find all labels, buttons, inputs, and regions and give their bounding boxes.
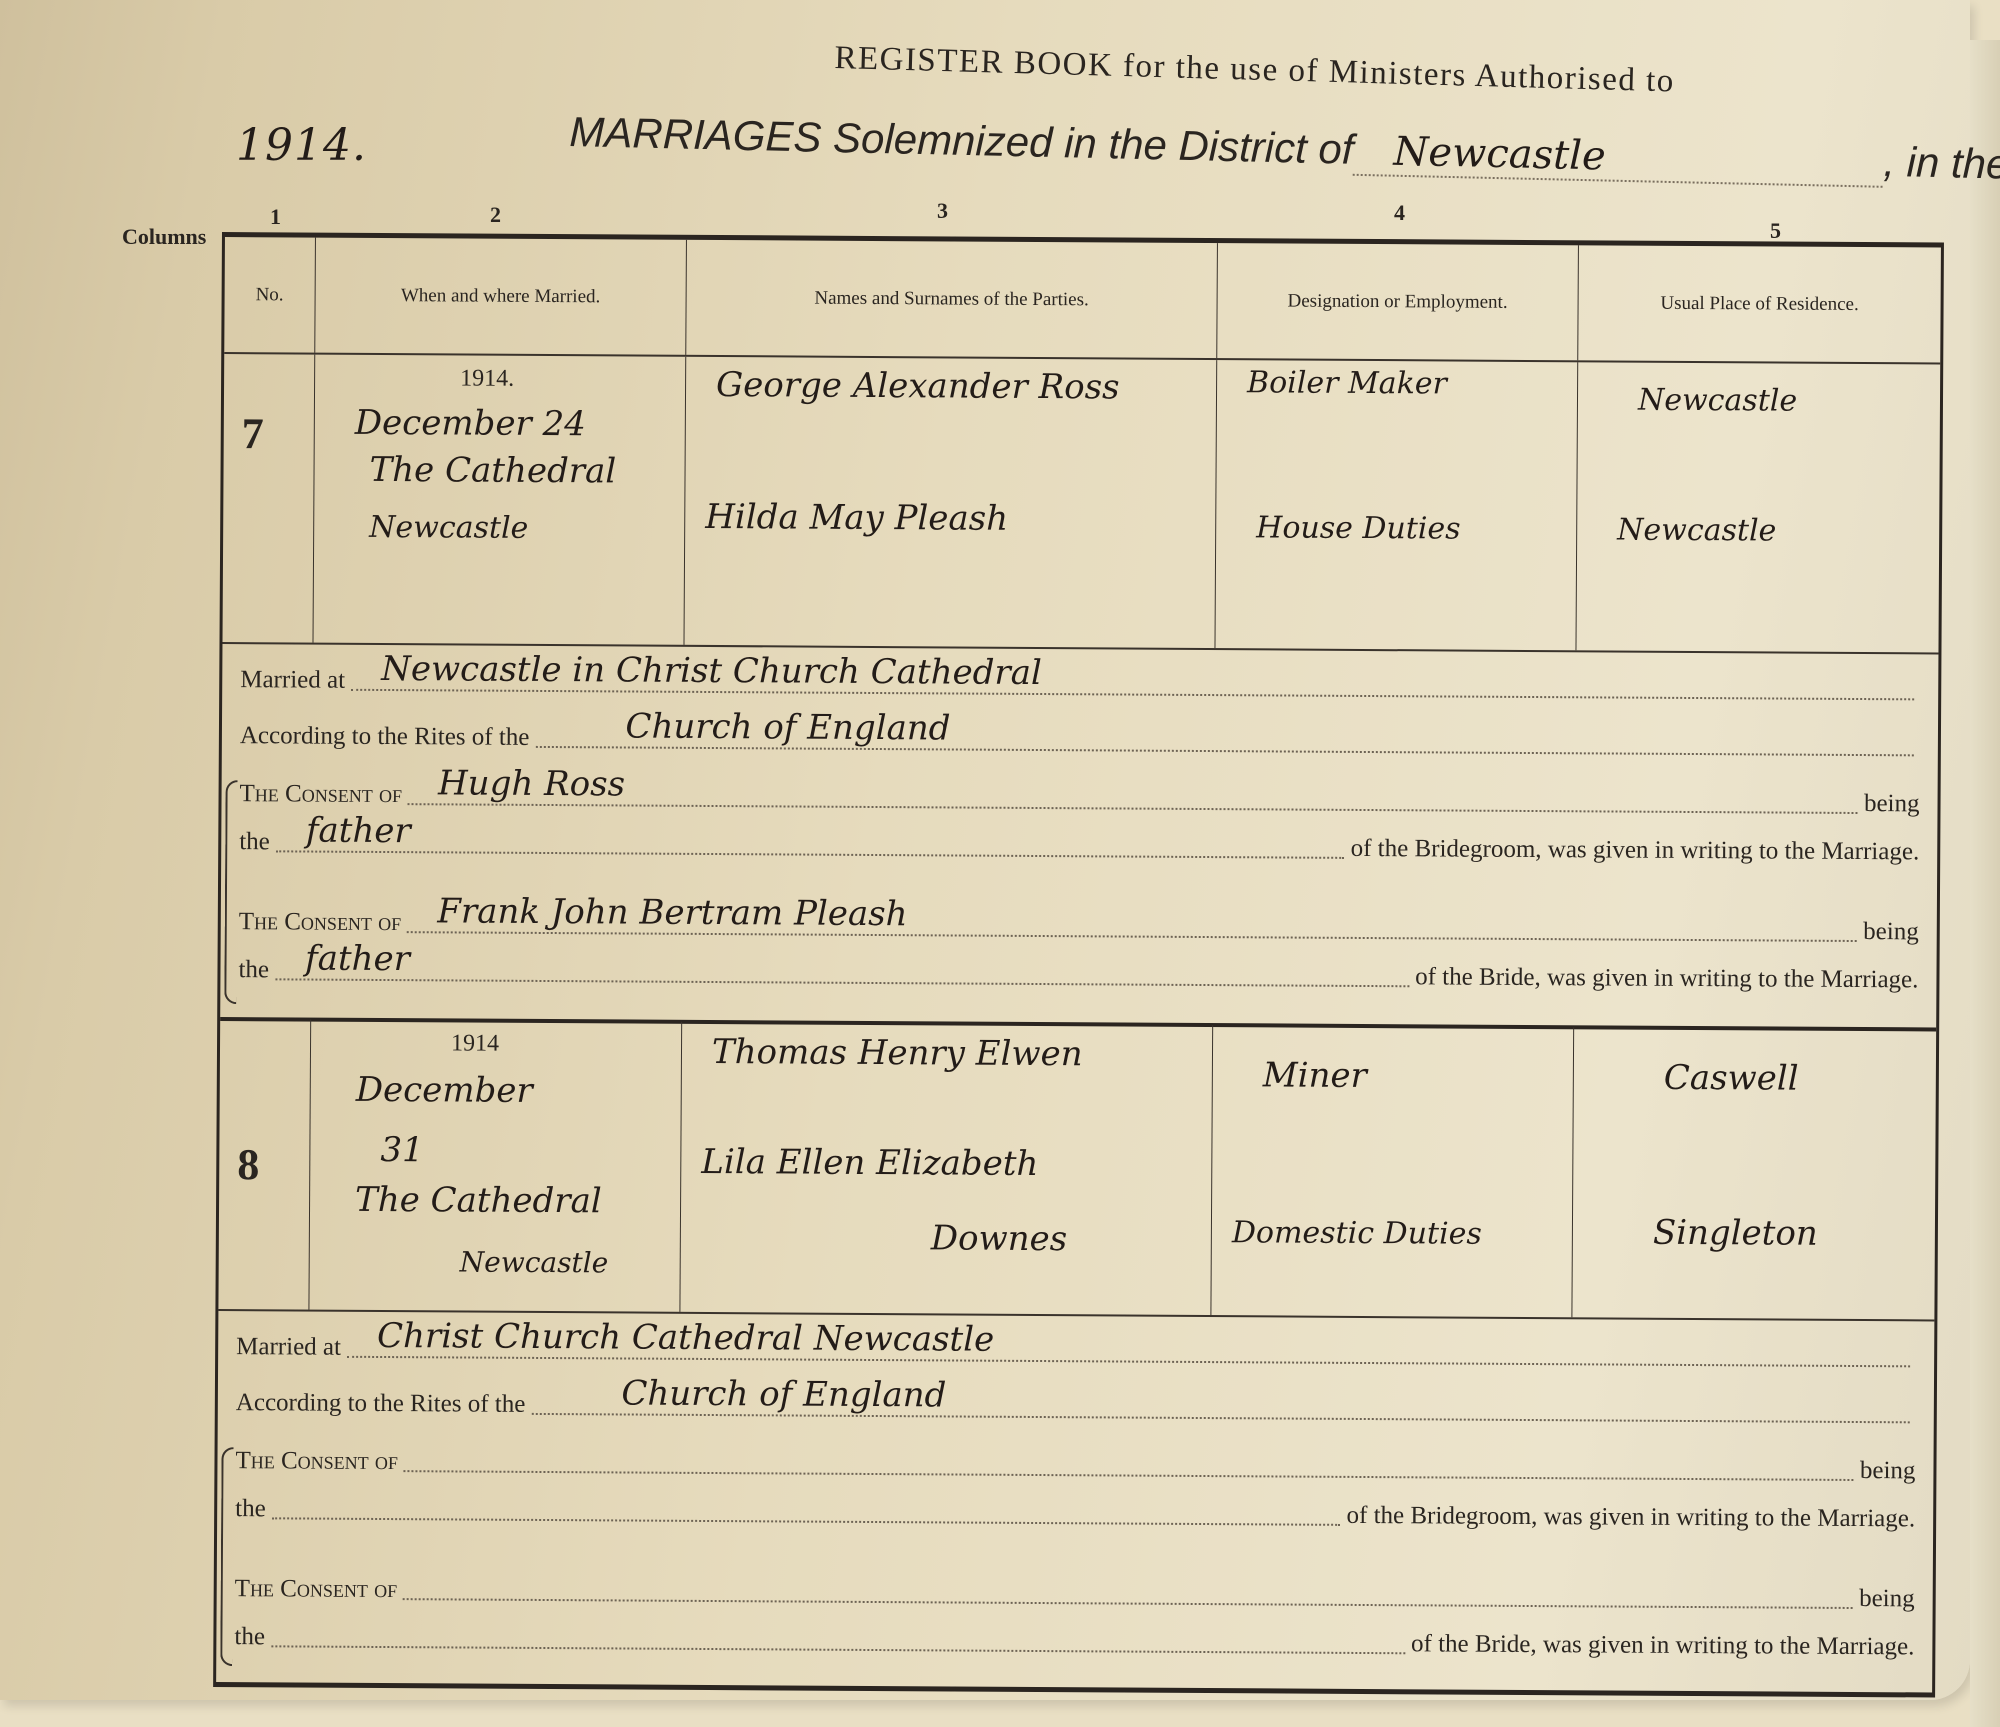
bride-consent-text: of the Bride, was given in writing to th… — [1411, 1630, 1915, 1665]
handwritten-year: 1914. — [236, 120, 367, 171]
entry-8-no-cell: 8 — [218, 1019, 311, 1310]
column-headers: No. When and where Married. Names and Su… — [224, 237, 1941, 364]
bride-relation-field: father — [275, 938, 1409, 987]
header-when-where: When and where Married. — [315, 238, 687, 355]
rites-line: According to the Rites of the Church of … — [240, 708, 1920, 764]
married-at-field: Christ Church Cathedral Newcastle — [347, 1316, 1910, 1368]
married-at-field: Newcastle in Christ Church Cathedral — [351, 649, 1914, 701]
bride-name: Lila Ellen Elizabeth — [701, 1142, 1038, 1184]
bride-residence: Singleton — [1653, 1213, 1818, 1254]
consent-brace — [220, 1447, 233, 1666]
header-names: Names and Surnames of the Parties. — [686, 240, 1218, 358]
married-at-label: Married at — [236, 1333, 341, 1366]
entry-7-row: 7 1914. December 24 The Cathedral Newcas… — [222, 354, 1940, 654]
married-at-label: Married at — [240, 666, 345, 699]
groom-employment: Boiler Maker — [1247, 365, 1447, 401]
marriage-town: Newcastle — [369, 510, 528, 546]
rites-field: Church of England — [535, 706, 1914, 756]
bride-surname: Downes — [931, 1218, 1068, 1259]
bride-consent-field — [403, 1558, 1853, 1609]
marriage-date: December 24 — [355, 403, 586, 444]
columns-label: Columns — [122, 224, 206, 250]
entry-8-employment: Miner Domestic Duties — [1211, 1025, 1574, 1317]
being-label: being — [1863, 918, 1919, 950]
groom-relation-line: the of the Bridegroom, was given in writ… — [235, 1481, 1915, 1537]
column-number-5: 5 — [1770, 218, 1781, 244]
groom-name: Thomas Henry Elwen — [712, 1032, 1083, 1074]
bride-employment: House Duties — [1256, 510, 1461, 546]
entry-number: 7 — [242, 408, 264, 459]
married-at-line: Married at Christ Church Cathedral Newca… — [236, 1319, 1916, 1375]
in-the-suffix: , in the — [1883, 138, 2000, 188]
header-no: No. — [224, 237, 316, 353]
consent-of-label: The Consent of — [239, 908, 402, 941]
entry-7-employment: Boiler Maker House Duties — [1215, 360, 1578, 650]
being-label: being — [1864, 790, 1920, 822]
groom-relation-field: father — [276, 810, 1345, 859]
bride-consent-name: Frank John Bertram Pleash — [437, 891, 907, 934]
entry-7-details: Married at Newcastle in Christ Church Ca… — [220, 642, 1938, 1031]
groom-employment: Miner — [1263, 1055, 1367, 1096]
rites-label: According to the Rites of the — [240, 722, 530, 756]
being-label: being — [1860, 1457, 1916, 1489]
bridegroom-consent-text: of the Bridegroom, was given in writing … — [1351, 835, 1920, 870]
header-residence: Usual Place of Residence. — [1578, 245, 1941, 362]
entry-7-no-cell: 7 — [222, 354, 315, 643]
groom-relation-line: the father of the Bridegroom, was given … — [239, 814, 1919, 870]
entry-8-residence: Caswell Singleton — [1572, 1027, 1936, 1319]
groom-consent-field: Hugh Ross — [408, 763, 1858, 814]
groom-consent-relation: father — [306, 811, 411, 852]
bride-relation-field — [271, 1605, 1405, 1654]
entry-7-residence: Newcastle Newcastle — [1576, 362, 1940, 652]
groom-residence: Caswell — [1664, 1058, 1799, 1099]
married-at-value: Christ Church Cathedral Newcastle — [377, 1316, 994, 1360]
bride-employment: Domestic Duties — [1232, 1215, 1482, 1252]
entry-7-names: George Alexander Ross Hilda May Pleash — [684, 357, 1217, 648]
page-edge — [1970, 40, 2000, 1727]
marriage-day: 31 — [380, 1130, 424, 1170]
rites-value: Church of England — [621, 1373, 946, 1415]
printed-year: 1914. — [460, 365, 514, 392]
the-label: the — [235, 1495, 266, 1527]
married-at-line: Married at Newcastle in Christ Church Ca… — [240, 652, 1920, 708]
the-label: the — [238, 956, 269, 988]
rites-label: According to the Rites of the — [236, 1389, 526, 1423]
bridegroom-consent-text: of the Bridegroom, was given in writing … — [1346, 1502, 1915, 1537]
entry-8-when-where: 1914 December 31 The Cathedral Newcastle — [309, 1020, 682, 1312]
register-table: No. When and where Married. Names and Su… — [213, 232, 1944, 1697]
marriage-venue: The Cathedral — [369, 450, 616, 492]
marriage-venue: The Cathedral — [355, 1180, 602, 1222]
being-label: being — [1859, 1585, 1915, 1617]
groom-relation-field — [272, 1477, 1341, 1526]
rites-line: According to the Rites of the Church of … — [236, 1375, 1916, 1431]
column-number-3: 3 — [937, 198, 948, 224]
rites-value: Church of England — [625, 706, 950, 748]
entry-number: 8 — [237, 1139, 259, 1190]
groom-name: George Alexander Ross — [716, 365, 1120, 407]
entry-7-when-where: 1914. December 24 The Cathedral Newcastl… — [313, 355, 686, 645]
column-number-4: 4 — [1394, 200, 1405, 226]
bride-name: Hilda May Pleash — [705, 497, 1008, 539]
printed-year: 1914 — [451, 1030, 499, 1057]
groom-consent-field — [404, 1430, 1854, 1481]
bride-consent-text: of the Bride, was given in writing to th… — [1415, 963, 1919, 998]
marriage-town: Newcastle — [460, 1245, 609, 1279]
rites-field: Church of England — [531, 1373, 1910, 1423]
consent-of-label: The Consent of — [239, 780, 402, 813]
header-employment: Designation or Employment. — [1217, 243, 1579, 360]
consent-of-label: The Consent of — [235, 1575, 398, 1608]
entry-8-names: Thomas Henry Elwen Lila Ellen Elizabeth … — [680, 1022, 1213, 1315]
consent-brace — [224, 780, 237, 1004]
column-number-2: 2 — [490, 202, 501, 228]
the-label: the — [234, 1623, 265, 1655]
groom-residence: Newcastle — [1638, 383, 1797, 419]
the-label: the — [239, 828, 270, 860]
bride-relation-line: the father of the Bride, was given in wr… — [238, 942, 1918, 998]
bride-consent-relation: father — [305, 939, 410, 980]
entry-8-row: 8 1914 December 31 The Cathedral Newcast… — [218, 1019, 1936, 1321]
bride-consent-field: Frank John Bertram Pleash — [407, 891, 1857, 942]
married-at-value: Newcastle in Christ Church Cathedral — [381, 649, 1042, 693]
column-number-1: 1 — [270, 204, 281, 230]
entry-8-details: Married at Christ Church Cathedral Newca… — [216, 1309, 1934, 1687]
consent-of-label: The Consent of — [235, 1447, 398, 1480]
groom-consent-name: Hugh Ross — [438, 763, 625, 804]
marriage-month: December — [356, 1070, 533, 1111]
bride-residence: Newcastle — [1617, 513, 1776, 549]
bride-relation-line: the of the Bride, was given in writing t… — [234, 1609, 1914, 1665]
